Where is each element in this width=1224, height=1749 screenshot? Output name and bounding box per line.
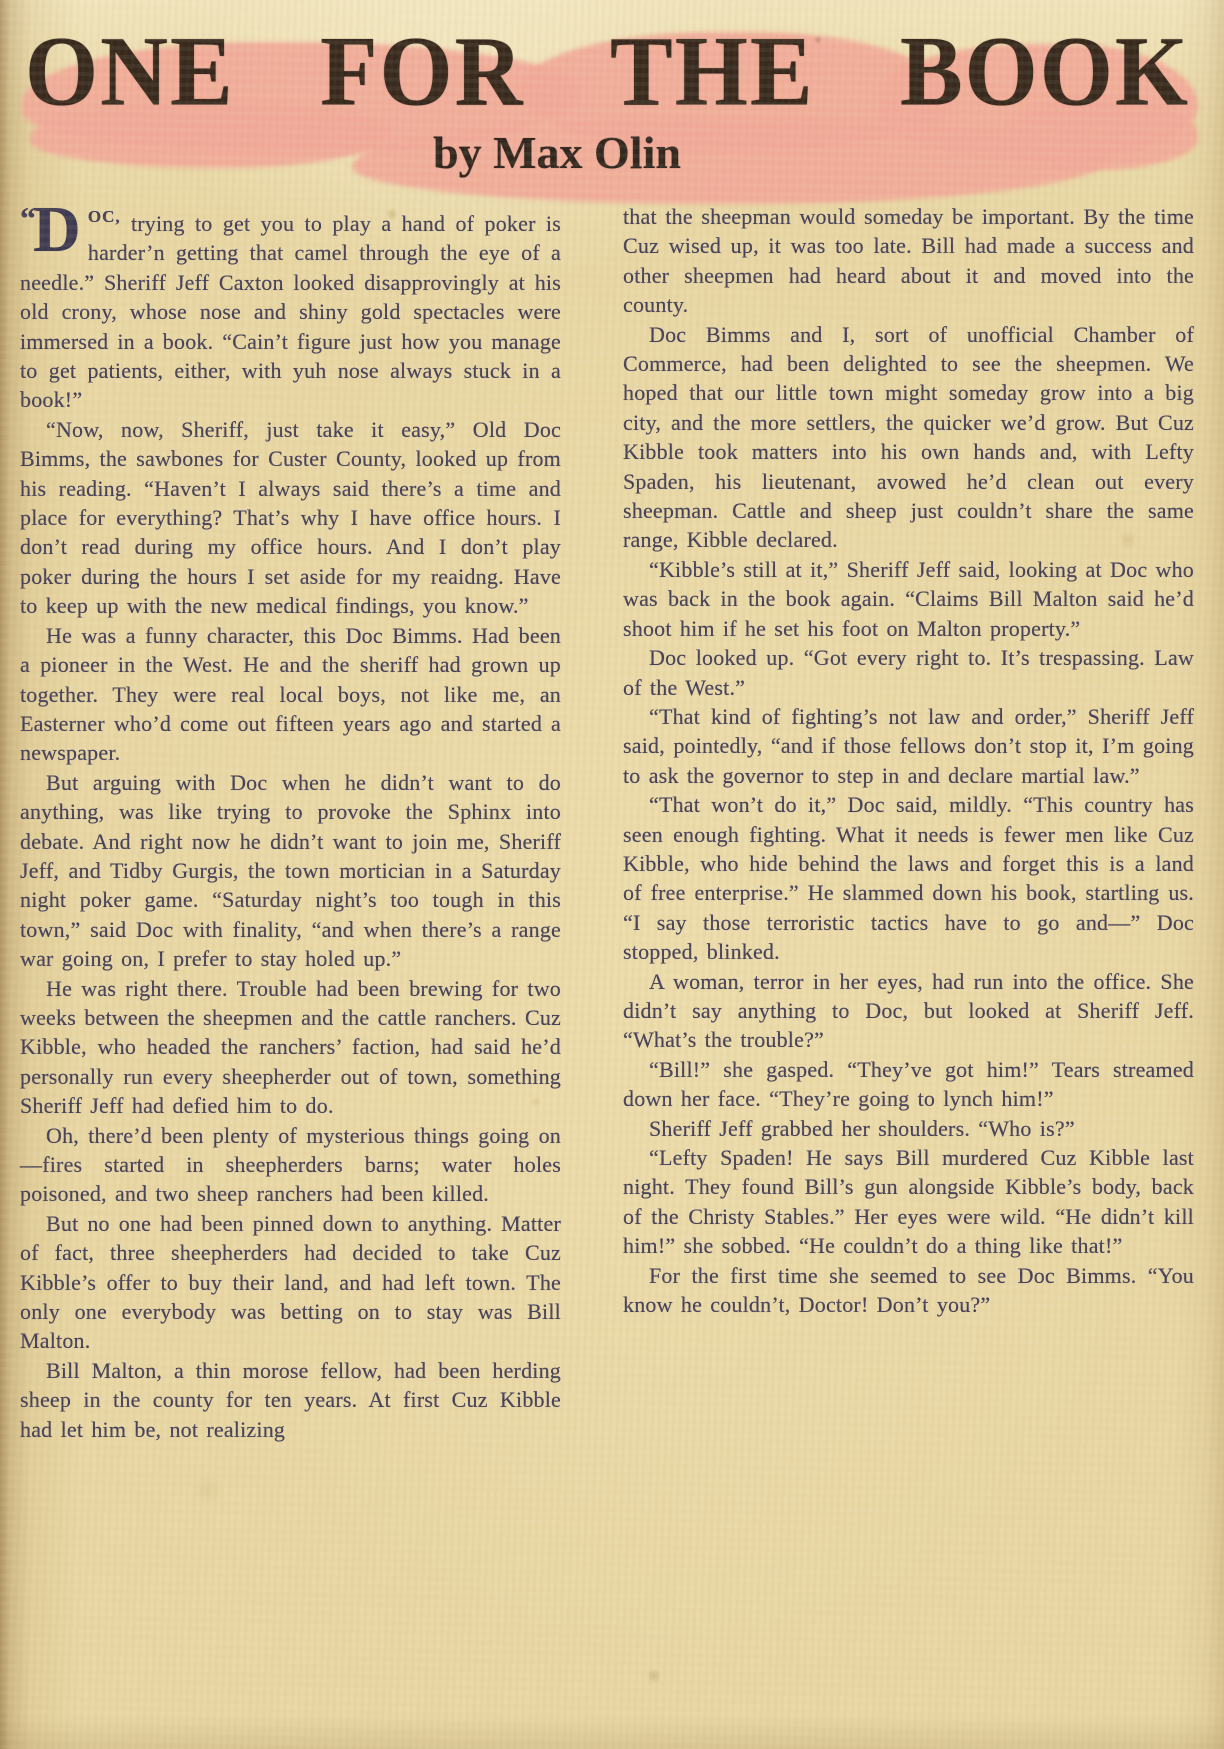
story-paragraph: He was a funny character, this Doc Bimms… [20,621,561,768]
story-title: ONE FOR THE BOOK [25,22,1190,122]
story-paragraph: Oh, there’d been plenty of mysterious th… [20,1121,561,1209]
story-byline: by Max Olin [0,128,1114,179]
title-word: FOR [320,22,524,122]
paragraph-text: trying to get you to play a hand of poke… [20,211,561,412]
story-paragraph: Sheriff Jeff grabbed her shoulders. “Who… [623,1114,1194,1143]
drop-cap-lead: OC, [88,207,121,226]
magazine-story-page: ONE FOR THE BOOK by Max Olin “DOC, tryin… [0,0,1224,1749]
story-paragraph: that the sheepman would someday be impor… [623,202,1194,320]
title-word: ONE [25,22,235,122]
drop-cap: “D [20,202,88,258]
story-paragraph: “Now, now, Sheriff, just take it easy,” … [20,415,561,621]
story-paragraph: He was right there. Trouble had been bre… [20,974,561,1121]
story-paragraph: “DOC, trying to get you to play a hand o… [20,202,561,415]
title-word: THE [610,22,815,122]
story-paragraph: “Kibble’s still at it,” Sheriff Jeff sai… [623,555,1194,643]
story-paragraph: Doc Bimms and I, sort of unofficial Cham… [623,320,1194,555]
story-paragraph: Doc looked up. “Got every right to. It’s… [623,643,1194,702]
story-paragraph: For the first time she seemed to see Doc… [623,1261,1194,1320]
story-paragraph: “Lefty Spaden! He says Bill murdered Cuz… [623,1143,1194,1261]
story-paragraph: “That won’t do it,” Doc said, mildly. “T… [623,790,1194,966]
story-paragraph: But arguing with Doc when he didn’t want… [20,768,561,974]
drop-cap-letter: D [33,193,81,266]
drop-cap-quote: “ [20,200,33,236]
story-paragraph: “That kind of fighting’s not law and ord… [623,702,1194,790]
story-paragraph: But no one had been pinned down to anyth… [20,1209,561,1356]
left-column: “DOC, trying to get you to play a hand o… [20,202,561,1444]
right-column: that the sheepman would someday be impor… [623,202,1194,1444]
title-word: BOOK [900,22,1190,122]
story-paragraph: A woman, terror in her eyes, had run int… [623,967,1194,1055]
story-paragraph: “Bill!” she gasped. “They’ve got him!” T… [623,1055,1194,1114]
story-body: “DOC, trying to get you to play a hand o… [20,202,1194,1444]
story-paragraph: Bill Malton, a thin morose fellow, had b… [20,1356,561,1444]
